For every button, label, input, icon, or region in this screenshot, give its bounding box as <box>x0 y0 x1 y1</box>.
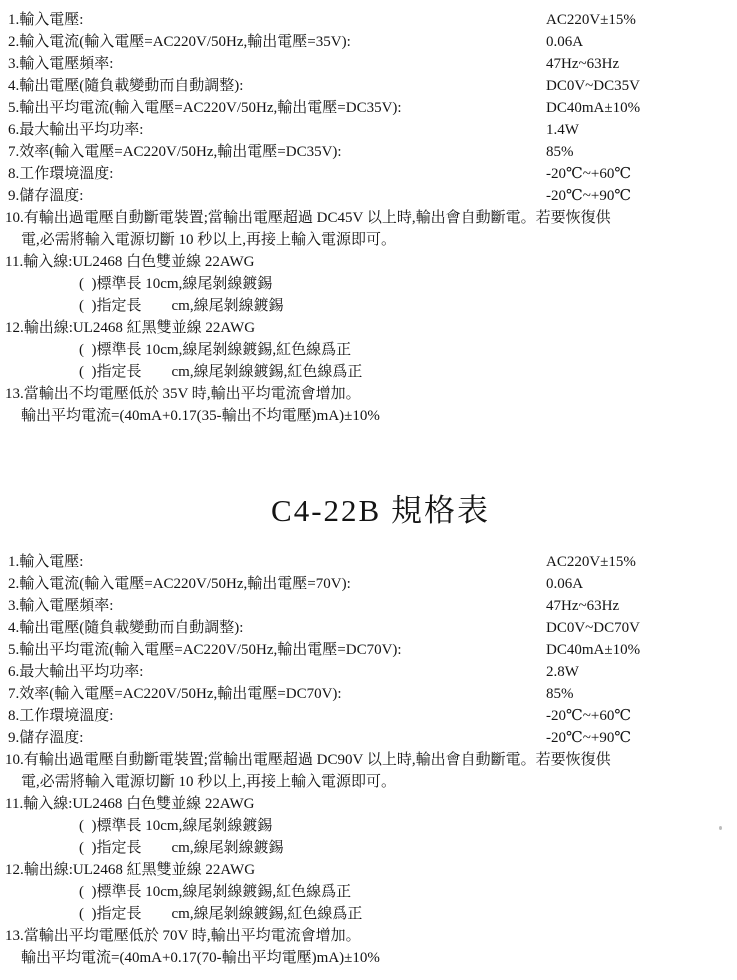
note-line: 13.當輸出平均電壓低於 70V 時,輸出平均電流會增加。 <box>0 925 737 947</box>
spec-row: 4.輸出電壓(隨負載變動而自動調整): DC0V~DC70V <box>0 617 737 639</box>
spec-row: 6.最大輸出平均功率: 1.4W <box>0 119 737 141</box>
spec-value: 1.4W <box>546 119 737 141</box>
scan-artifact <box>719 826 722 830</box>
spec-row: 5.輸出平均電流(輸入電壓=AC220V/50Hz,輸出電壓=DC70V): D… <box>0 639 737 661</box>
spec-row: 1.輸入電壓: AC220V±15% <box>0 551 737 573</box>
spec-label: 5.輸出平均電流(輸入電壓=AC220V/50Hz,輸出電壓=DC70V): <box>0 639 546 661</box>
spec-label: 9.儲存溫度: <box>0 727 546 749</box>
note-formula-line: 輸出平均電流=(40mA+0.17(35-輸出不均電壓)mA)±10% <box>0 405 737 427</box>
spec-value: DC40mA±10% <box>546 97 737 119</box>
spec-value: -20℃~+60℃ <box>546 705 737 727</box>
spec-label: 4.輸出電壓(隨負載變動而自動調整): <box>0 617 546 639</box>
note-checkbox-line: ( )標準長 10cm,線尾剝線鍍錫,紅色線爲正 <box>0 881 737 903</box>
note-line: 13.當輸出不均電壓低於 35V 時,輸出平均電流會增加。 <box>0 383 737 405</box>
note-checkbox-line: ( )標準長 10cm,線尾剝線鍍錫 <box>0 815 737 837</box>
spec-label: 1.輸入電壓: <box>0 551 546 573</box>
note-checkbox-line: ( )指定長 cm,線尾剝線鍍錫,紅色線爲正 <box>0 903 737 925</box>
spec-value: -20℃~+90℃ <box>546 727 737 749</box>
spec-label: 7.效率(輸入電壓=AC220V/50Hz,輸出電壓=DC35V): <box>0 141 546 163</box>
spec-row: 6.最大輸出平均功率: 2.8W <box>0 661 737 683</box>
spec-document-page: 1.輸入電壓: AC220V±15% 2.輸入電流(輸入電壓=AC220V/50… <box>0 0 737 969</box>
note-line: 12.輸出線:UL2468 紅黑雙並線 22AWG <box>0 859 737 881</box>
note-line: 11.輸入線:UL2468 白色雙並線 22AWG <box>0 251 737 273</box>
spec-label: 1.輸入電壓: <box>0 9 546 31</box>
spec-label: 6.最大輸出平均功率: <box>0 661 546 683</box>
spec-row: 8.工作環境溫度: -20℃~+60℃ <box>0 163 737 185</box>
spec-row: 2.輸入電流(輸入電壓=AC220V/50Hz,輸出電壓=35V): 0.06A <box>0 31 737 53</box>
note-line: 10.有輸出過電壓自動斷電裝置;當輸出電壓超過 DC90V 以上時,輸出會自動斷… <box>0 749 737 771</box>
spec-label: 2.輸入電流(輸入電壓=AC220V/50Hz,輸出電壓=70V): <box>0 573 546 595</box>
spec-label: 7.效率(輸入電壓=AC220V/50Hz,輸出電壓=DC70V): <box>0 683 546 705</box>
note-line: 電,必需將輸入電源切斷 10 秒以上,再接上輸入電源即可。 <box>0 229 737 251</box>
spec-value: 0.06A <box>546 573 737 595</box>
spec-row: 8.工作環境溫度: -20℃~+60℃ <box>0 705 737 727</box>
spec-value: 47Hz~63Hz <box>546 595 737 617</box>
note-line: 10.有輸出過電壓自動斷電裝置;當輸出電壓超過 DC45V 以上時,輸出會自動斷… <box>0 207 737 229</box>
spec-section-top: 1.輸入電壓: AC220V±15% 2.輸入電流(輸入電壓=AC220V/50… <box>0 9 737 427</box>
spec-label: 3.輸入電壓頻率: <box>0 595 546 617</box>
spec-label: 5.輸出平均電流(輸入電壓=AC220V/50Hz,輸出電壓=DC35V): <box>0 97 546 119</box>
spec-row: 2.輸入電流(輸入電壓=AC220V/50Hz,輸出電壓=70V): 0.06A <box>0 573 737 595</box>
note-line: 12.輸出線:UL2468 紅黑雙並線 22AWG <box>0 317 737 339</box>
note-checkbox-line: ( )標準長 10cm,線尾剝線鍍錫 <box>0 273 737 295</box>
spec-value: 85% <box>546 683 737 705</box>
spec-row: 7.效率(輸入電壓=AC220V/50Hz,輸出電壓=DC35V): 85% <box>0 141 737 163</box>
spec-row: 7.效率(輸入電壓=AC220V/50Hz,輸出電壓=DC70V): 85% <box>0 683 737 705</box>
spec-value: 85% <box>546 141 737 163</box>
note-checkbox-line: ( )標準長 10cm,線尾剝線鍍錫,紅色線爲正 <box>0 339 737 361</box>
spec-value: AC220V±15% <box>546 551 737 573</box>
spec-label: 3.輸入電壓頻率: <box>0 53 546 75</box>
spec-row: 9.儲存溫度: -20℃~+90℃ <box>0 185 737 207</box>
spec-label: 8.工作環境溫度: <box>0 705 546 727</box>
note-checkbox-line: ( )指定長 cm,線尾剝線鍍錫 <box>0 837 737 859</box>
spec-row: 3.輸入電壓頻率: 47Hz~63Hz <box>0 595 737 617</box>
spec-value: DC0V~DC35V <box>546 75 737 97</box>
spec-label: 2.輸入電流(輸入電壓=AC220V/50Hz,輸出電壓=35V): <box>0 31 546 53</box>
spec-value: AC220V±15% <box>546 9 737 31</box>
spec-row: 3.輸入電壓頻率: 47Hz~63Hz <box>0 53 737 75</box>
note-line: 11.輸入線:UL2468 白色雙並線 22AWG <box>0 793 737 815</box>
spec-value: 2.8W <box>546 661 737 683</box>
spec-label: 9.儲存溫度: <box>0 185 546 207</box>
spec-section-c4-22b: 1.輸入電壓: AC220V±15% 2.輸入電流(輸入電壓=AC220V/50… <box>0 551 737 969</box>
spec-row: 9.儲存溫度: -20℃~+90℃ <box>0 727 737 749</box>
page-title: C4-22B 規格表 <box>12 492 737 530</box>
spec-row: 4.輸出電壓(隨負載變動而自動調整): DC0V~DC35V <box>0 75 737 97</box>
note-formula-line: 輸出平均電流=(40mA+0.17(70-輸出平均電壓)mA)±10% <box>0 947 737 969</box>
spec-label: 6.最大輸出平均功率: <box>0 119 546 141</box>
spec-value: 47Hz~63Hz <box>546 53 737 75</box>
spec-value: DC40mA±10% <box>546 639 737 661</box>
note-line: 電,必需將輸入電源切斷 10 秒以上,再接上輸入電源即可。 <box>0 771 737 793</box>
spec-row: 1.輸入電壓: AC220V±15% <box>0 9 737 31</box>
note-checkbox-line: ( )指定長 cm,線尾剝線鍍錫,紅色線爲正 <box>0 361 737 383</box>
spec-value: DC0V~DC70V <box>546 617 737 639</box>
spec-row: 5.輸出平均電流(輸入電壓=AC220V/50Hz,輸出電壓=DC35V): D… <box>0 97 737 119</box>
spec-label: 4.輸出電壓(隨負載變動而自動調整): <box>0 75 546 97</box>
spec-value: -20℃~+90℃ <box>546 185 737 207</box>
note-checkbox-line: ( )指定長 cm,線尾剝線鍍錫 <box>0 295 737 317</box>
spec-label: 8.工作環境溫度: <box>0 163 546 185</box>
spec-value: 0.06A <box>546 31 737 53</box>
spec-value: -20℃~+60℃ <box>546 163 737 185</box>
